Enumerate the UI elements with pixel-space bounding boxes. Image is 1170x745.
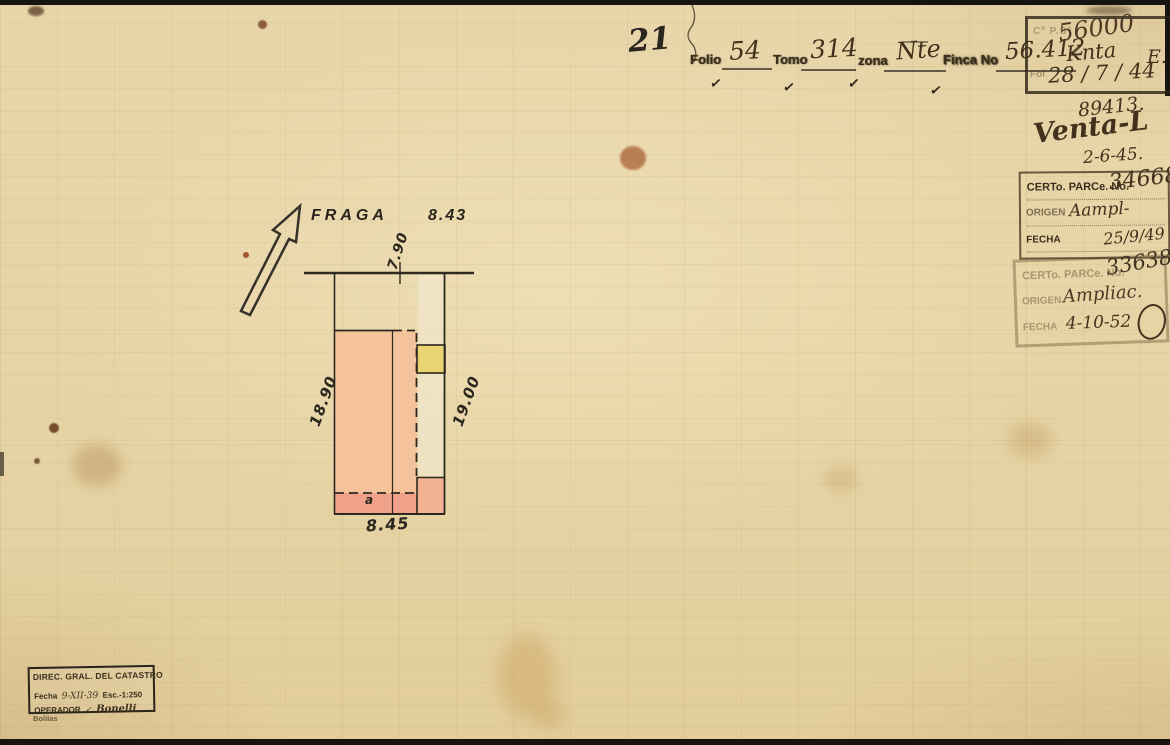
cert-1952-fecha-label: FECHA — [1023, 321, 1058, 333]
cert-1952-origen-value: Ampliac. — [1062, 281, 1143, 308]
paper-stain — [243, 252, 249, 258]
checkmark: ✓ — [929, 82, 943, 100]
paper-stain — [49, 423, 59, 433]
catastro-footnote: Bolilas — [33, 714, 58, 723]
finca-label: Finca No — [943, 52, 998, 67]
cert-1952-origen-label: ORIGEN — [1022, 295, 1062, 307]
paper-stain — [258, 20, 267, 29]
catastro-operador-value: Bonelli — [96, 703, 136, 715]
rear-annex-area — [417, 477, 445, 514]
zona-value: Nte — [895, 34, 942, 65]
zona-label: zona — [858, 53, 888, 68]
cert-1949-origen-label: ORIGEN — [1026, 207, 1066, 218]
flourish-mark — [1134, 301, 1169, 342]
block-letter: a — [365, 493, 374, 507]
paper-stain — [72, 444, 122, 486]
scan-edge-top — [0, 0, 1170, 5]
paper-stain — [620, 146, 646, 170]
folio-label: Folio — [690, 52, 721, 67]
paper-stain — [532, 698, 566, 730]
cert-1949-origen-value: Aampl- — [1069, 199, 1130, 222]
checkmark: ✓ — [709, 75, 723, 92]
north-arrow-icon — [241, 206, 300, 315]
tomo-value: 314 — [809, 33, 858, 64]
bottom-width-measure: 8.45 — [365, 514, 410, 536]
document-sheet: 21 Folio 54 Tomo 314 zona Nte Finca No 5… — [0, 0, 1170, 745]
scan-edge-left-mark — [0, 452, 4, 476]
cadastral-plan-drawing — [0, 0, 1170, 745]
yellow-shed-area — [417, 345, 445, 373]
transfer-stamp-box: Cº P.Sº 56000 Knta E. Fol 28 / 7 / 44 — [1025, 16, 1170, 94]
folio-value: 54 — [728, 35, 761, 66]
transfer-stamp-faint-label-2: Fol — [1030, 69, 1045, 80]
open-strip-lower — [418, 374, 444, 476]
checkmark: ✓ — [847, 75, 860, 92]
paper-stain — [34, 458, 40, 464]
bottom-wing-area — [335, 493, 417, 514]
street-measure: 8.43 — [428, 207, 467, 225]
background-parcel-grid — [0, 0, 1170, 745]
sale-word: Venta-L — [1032, 105, 1150, 150]
catastro-office-stamp: DIREC. GRAL. DEL CATASTRO Fecha 9-XII-39… — [28, 665, 156, 714]
cert-stamp-1952: CERTo. PARCe. No. 33638 ORIGEN Ampliac. … — [1013, 254, 1170, 347]
tomo-label: Tomo — [773, 52, 807, 67]
scan-edge-bottom — [0, 739, 1170, 745]
paper-stain — [498, 635, 556, 717]
sheet-number: 21 — [627, 20, 673, 60]
paper-stain — [824, 466, 858, 492]
main-building-area — [335, 330, 417, 493]
paper-stain — [28, 6, 44, 16]
frontage-measure: 7.90 — [385, 230, 412, 272]
catastro-operador-check: ✓ — [85, 705, 92, 714]
right-depth-measure: 19.00 — [449, 373, 484, 428]
catastro-title: DIREC. GRAL. DEL CATASTRO — [33, 670, 163, 682]
cert-1949-fecha-label: FECHA — [1026, 234, 1061, 245]
cert-1952-fecha-value: 4-10-52 — [1065, 312, 1131, 334]
left-depth-measure: 18.90 — [306, 373, 341, 428]
cert-1949-number: 34668 — [1107, 163, 1170, 196]
transfer-date: 28 / 7 / 44 — [1047, 58, 1156, 88]
open-strip-upper — [418, 275, 444, 344]
cert-stamp-1949: CERTo. PARCe. No. 34668 ORIGEN Aampl- FE… — [1019, 170, 1170, 259]
street-name: FRAGA — [311, 207, 388, 225]
paper-stain — [1008, 422, 1052, 458]
checkmark: ✓ — [782, 79, 796, 97]
sale-date: 2-6-45. — [1082, 144, 1143, 168]
cert-1949-fecha-value: 25/9/49 — [1102, 224, 1165, 249]
